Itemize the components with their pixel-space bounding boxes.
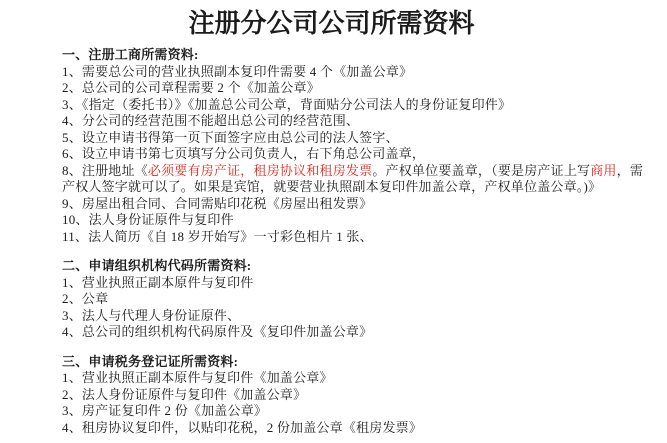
list-item: 9、房屋出租合同、合同需贴印花税《房屋出租发票》 (62, 196, 653, 213)
list-item: 1、营业执照正副本原件与复印件 (62, 275, 653, 292)
document-page: 注册分公司公司所需资料 一、注册工商所需资料: 1、需要总公司的营业执照副本复印… (0, 0, 667, 443)
list-item: 3、房产证复印件 2 份《加盖公章》 (62, 403, 653, 420)
text-segment: 8、注册地址《 (62, 163, 148, 178)
list-item: 2、法人身份证原件与复印件《加盖公章》 (62, 387, 653, 404)
list-item: 3、法人与代理人身份证原件、 (62, 308, 653, 325)
list-item: 4、总公司的组织机构代码原件及《复印件加盖公章》 (62, 324, 653, 341)
list-item: 3、《指定（委托书）》《加盖总公司公章，背面贴分公司法人的身份证复印件》 (62, 97, 653, 114)
section-heading: 二、申请组织机构代码所需资料: (62, 258, 653, 275)
section-organization-code: 二、申请组织机构代码所需资料: 1、营业执照正副本原件与复印件 2、公章 3、法… (62, 258, 653, 341)
text-segment: 。产权单位要盖章，（要是房产证上写 (372, 163, 590, 178)
list-item: 1、营业执照正副本原件与复印件《加盖公章》 (62, 370, 653, 387)
page-title: 注册分公司公司所需资料 (10, 8, 653, 40)
list-item: 4、租房协议复印件，以贴印花税，2 份加盖公章《租房发票》 (62, 420, 653, 437)
list-item: 5、设立申请书得第一页下面签字应由总公司的法人签字、 (62, 130, 653, 147)
list-item: 11、法人简历《自 18 岁开始写》一寸彩色相片 1 张、 (62, 229, 653, 246)
section-heading: 三、申请税务登记证所需资料: (62, 354, 653, 371)
highlighted-text: 商用 (590, 163, 616, 178)
section-business-registration: 一、注册工商所需资料: 1、需要总公司的营业执照副本复印件需要 4 个《加盖公章… (62, 47, 653, 245)
section-tax-registration: 三、申请税务登记证所需资料: 1、营业执照正副本原件与复印件《加盖公章》 2、法… (62, 354, 653, 437)
list-item: 10、法人身份证原件与复印件 (62, 212, 653, 229)
section-heading: 一、注册工商所需资料: (62, 47, 653, 64)
list-item: 1、需要总公司的营业执照副本复印件需要 4 个《加盖公章》 (62, 64, 653, 81)
list-item: 6、设立申请书第七页填写分公司负责人，右下角总公司盖章， (62, 146, 653, 163)
list-item: 8、注册地址《必须要有房产证，租房协议和租房发票。产权单位要盖章，（要是房产证上… (62, 163, 653, 196)
list-item: 4、分公司的经营范围不能超出总公司的经营范围、 (62, 113, 653, 130)
list-item: 2、总公司的公司章程需要 2 个《加盖公章》 (62, 80, 653, 97)
list-item: 2、公章 (62, 291, 653, 308)
highlighted-text: 必须要有房产证，租房协议和租房发票 (148, 163, 372, 178)
